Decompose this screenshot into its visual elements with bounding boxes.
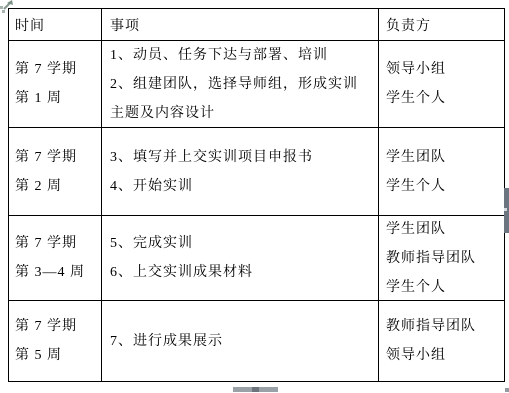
responsible-line: 学生个人 [386, 273, 504, 302]
time-line: 第 7 学期 [15, 312, 101, 341]
time-line: 第 1 周 [15, 84, 101, 113]
cell-items-row4: 7、进行成果展示 [102, 301, 379, 381]
resize-grip-dot [505, 388, 509, 392]
item-line: 3、填写并上交实训项目申报书 [110, 143, 378, 172]
time-line: 第 7 学期 [15, 229, 101, 258]
time-line: 第 7 学期 [15, 143, 101, 172]
time-line: 第 5 周 [15, 341, 101, 370]
responsible-line: 学生个人 [386, 172, 504, 201]
cell-items-row1: 1、动员、任务下达与部署、培训 2、组建团队，选择导师组，形成实训 主题及内容设… [102, 41, 379, 128]
item-line: 2、组建团队，选择导师组，形成实训 [110, 70, 378, 99]
cell-time-row4: 第 7 学期 第 5 周 [9, 301, 102, 381]
item-line: 5、完成实训 [110, 229, 378, 258]
document-page: 时间 事项 负责方 第 7 学期 第 1 周 1、动员、任务下达与部署、培训 2… [0, 0, 509, 393]
scrollbar-grip-notch [252, 387, 259, 392]
time-line: 第 7 学期 [15, 55, 101, 84]
cell-time-row3: 第 7 学期 第 3—4 周 [9, 216, 102, 301]
time-line: 第 3—4 周 [15, 258, 101, 287]
responsible-line: 教师指导团队 [386, 312, 504, 341]
cell-responsible-row4: 教师指导团队 领导小组 [379, 301, 504, 381]
header-label: 负责方 [386, 15, 504, 35]
cell-time-row2: 第 7 学期 第 2 周 [9, 128, 102, 216]
item-line: 主题及内容设计 [110, 99, 378, 128]
responsible-line: 学生团队 [386, 143, 504, 172]
item-line: 6、上交实训成果材料 [110, 258, 378, 287]
cell-responsible-row3: 学生团队 教师指导团队 学生个人 [379, 216, 504, 301]
scrollbar-grip-notch [504, 208, 507, 211]
header-label: 事项 [110, 15, 378, 35]
item-line: 1、动员、任务下达与部署、培训 [110, 41, 378, 70]
cell-items-row2: 3、填写并上交实训项目申报书 4、开始实训 [102, 128, 379, 216]
horizontal-scrollbar-thumb[interactable] [233, 387, 278, 392]
cell-responsible-row1: 领导小组 学生个人 [379, 41, 504, 128]
responsible-line: 教师指导团队 [386, 244, 504, 273]
item-line: 4、开始实训 [110, 172, 378, 201]
item-line: 7、进行成果展示 [110, 327, 378, 356]
responsible-line: 领导小组 [386, 341, 504, 370]
responsible-line: 学生团队 [386, 216, 504, 244]
vertical-scrollbar-thumb[interactable] [504, 188, 509, 233]
column-header-items: 事项 [102, 9, 379, 41]
cell-items-row3: 5、完成实训 6、上交实训成果材料 [102, 216, 379, 301]
responsible-line: 领导小组 [386, 55, 504, 84]
header-label: 时间 [15, 15, 101, 35]
schedule-table: 时间 事项 负责方 第 7 学期 第 1 周 1、动员、任务下达与部署、培训 2… [8, 8, 505, 382]
cell-responsible-row2: 学生团队 学生个人 [379, 128, 504, 216]
cell-time-row1: 第 7 学期 第 1 周 [9, 41, 102, 128]
responsible-line: 学生个人 [386, 84, 504, 113]
column-header-time: 时间 [9, 9, 102, 41]
time-line: 第 2 周 [15, 172, 101, 201]
column-header-responsible: 负责方 [379, 9, 504, 41]
